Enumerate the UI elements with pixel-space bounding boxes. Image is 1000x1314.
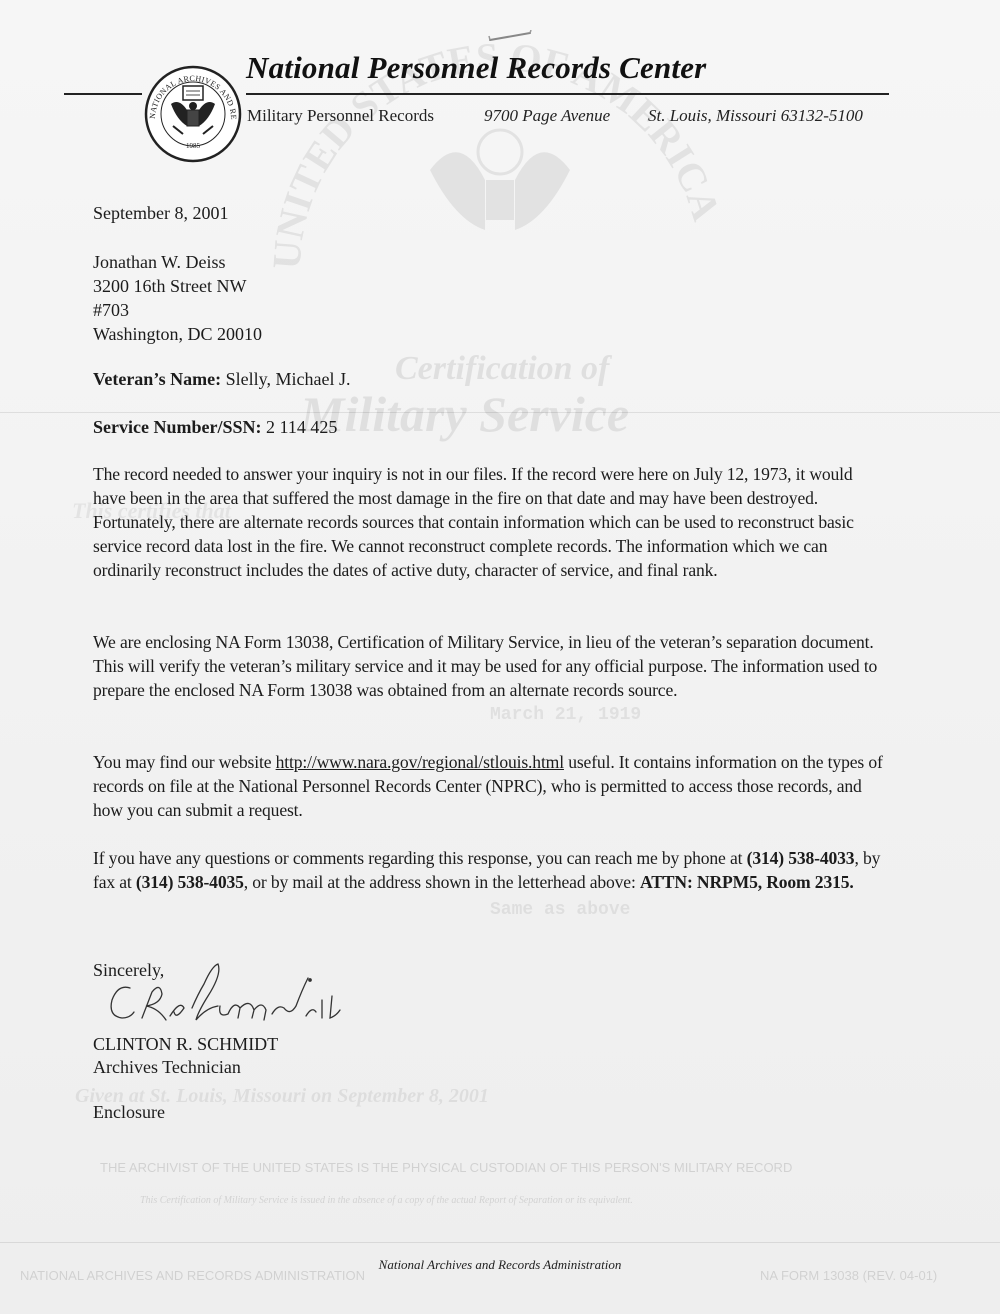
- phone-number: (314) 538-4033: [747, 848, 855, 868]
- city-state-zip: St. Louis, Missouri 63132-5100: [648, 106, 863, 126]
- paper-fold-line: [0, 412, 1000, 413]
- watermark-notice: This Certification of Military Service i…: [140, 1195, 633, 1206]
- veteran-name-label: Veteran’s Name:: [93, 369, 221, 389]
- recipient-address: Jonathan W. Deiss 3200 16th Street NW #7…: [93, 250, 262, 346]
- staple-icon: [486, 30, 536, 42]
- fax-number: (314) 538-4035: [136, 872, 244, 892]
- nara-seal-icon: NATIONAL ARCHIVES AND RECORDS ADMINISTRA…: [143, 64, 243, 164]
- signer-name: CLINTON R. SCHMIDT: [93, 1032, 278, 1056]
- recipient-street: 3200 16th Street NW: [93, 274, 262, 298]
- paragraph-record-not-found: The record needed to answer your inquiry…: [93, 462, 883, 582]
- organization-name: National Personnel Records Center: [246, 50, 706, 86]
- street-address: 9700 Page Avenue: [484, 106, 610, 126]
- service-number-value: 2 114 425: [266, 417, 337, 437]
- letter-date: September 8, 2001: [93, 201, 228, 225]
- paragraph-website: You may find our website http://www.nara…: [93, 750, 883, 822]
- veteran-name-value: Slelly, Michael J.: [226, 369, 351, 389]
- watermark-heading1: Certification of: [395, 350, 609, 388]
- letterhead-rule: [64, 93, 142, 95]
- recipient-name: Jonathan W. Deiss: [93, 250, 262, 274]
- letterhead-rule: [246, 93, 889, 95]
- department-name: Military Personnel Records: [247, 106, 434, 126]
- letter-page: UNITED STATES OF AMERICA Certification o…: [0, 0, 1000, 1314]
- watermark-heading2: Military Service: [300, 385, 629, 443]
- watermark-active-value: Same as above: [490, 900, 630, 920]
- enclosure-note: Enclosure: [93, 1100, 165, 1124]
- paragraph-contact: If you have any questions or comments re…: [93, 846, 883, 894]
- veteran-name-field: Veteran’s Name: Slelly, Michael J.: [93, 367, 350, 391]
- paragraph-enclosure-info: We are enclosing NA Form 13038, Certific…: [93, 630, 883, 702]
- service-number-field: Service Number/SSN: 2 114 425: [93, 415, 337, 439]
- watermark-date-value: March 21, 1919: [490, 705, 641, 725]
- signer-title: Archives Technician: [93, 1055, 241, 1079]
- recipient-unit: #703: [93, 298, 262, 322]
- svg-text:1985: 1985: [186, 142, 201, 150]
- website-link[interactable]: http://www.nara.gov/regional/stlouis.htm…: [276, 752, 564, 772]
- service-number-label: Service Number/SSN:: [93, 417, 261, 437]
- watermark-custodian: THE ARCHIVIST OF THE UNITED STATES IS TH…: [100, 1160, 792, 1175]
- footer-agency: National Archives and Records Administra…: [0, 1257, 1000, 1273]
- handwritten-signature-icon: [100, 960, 360, 1030]
- attention-line: ATTN: NRPM5, Room 2315.: [640, 872, 854, 892]
- recipient-city: Washington, DC 20010: [93, 322, 262, 346]
- paper-fold-line: [0, 1242, 1000, 1243]
